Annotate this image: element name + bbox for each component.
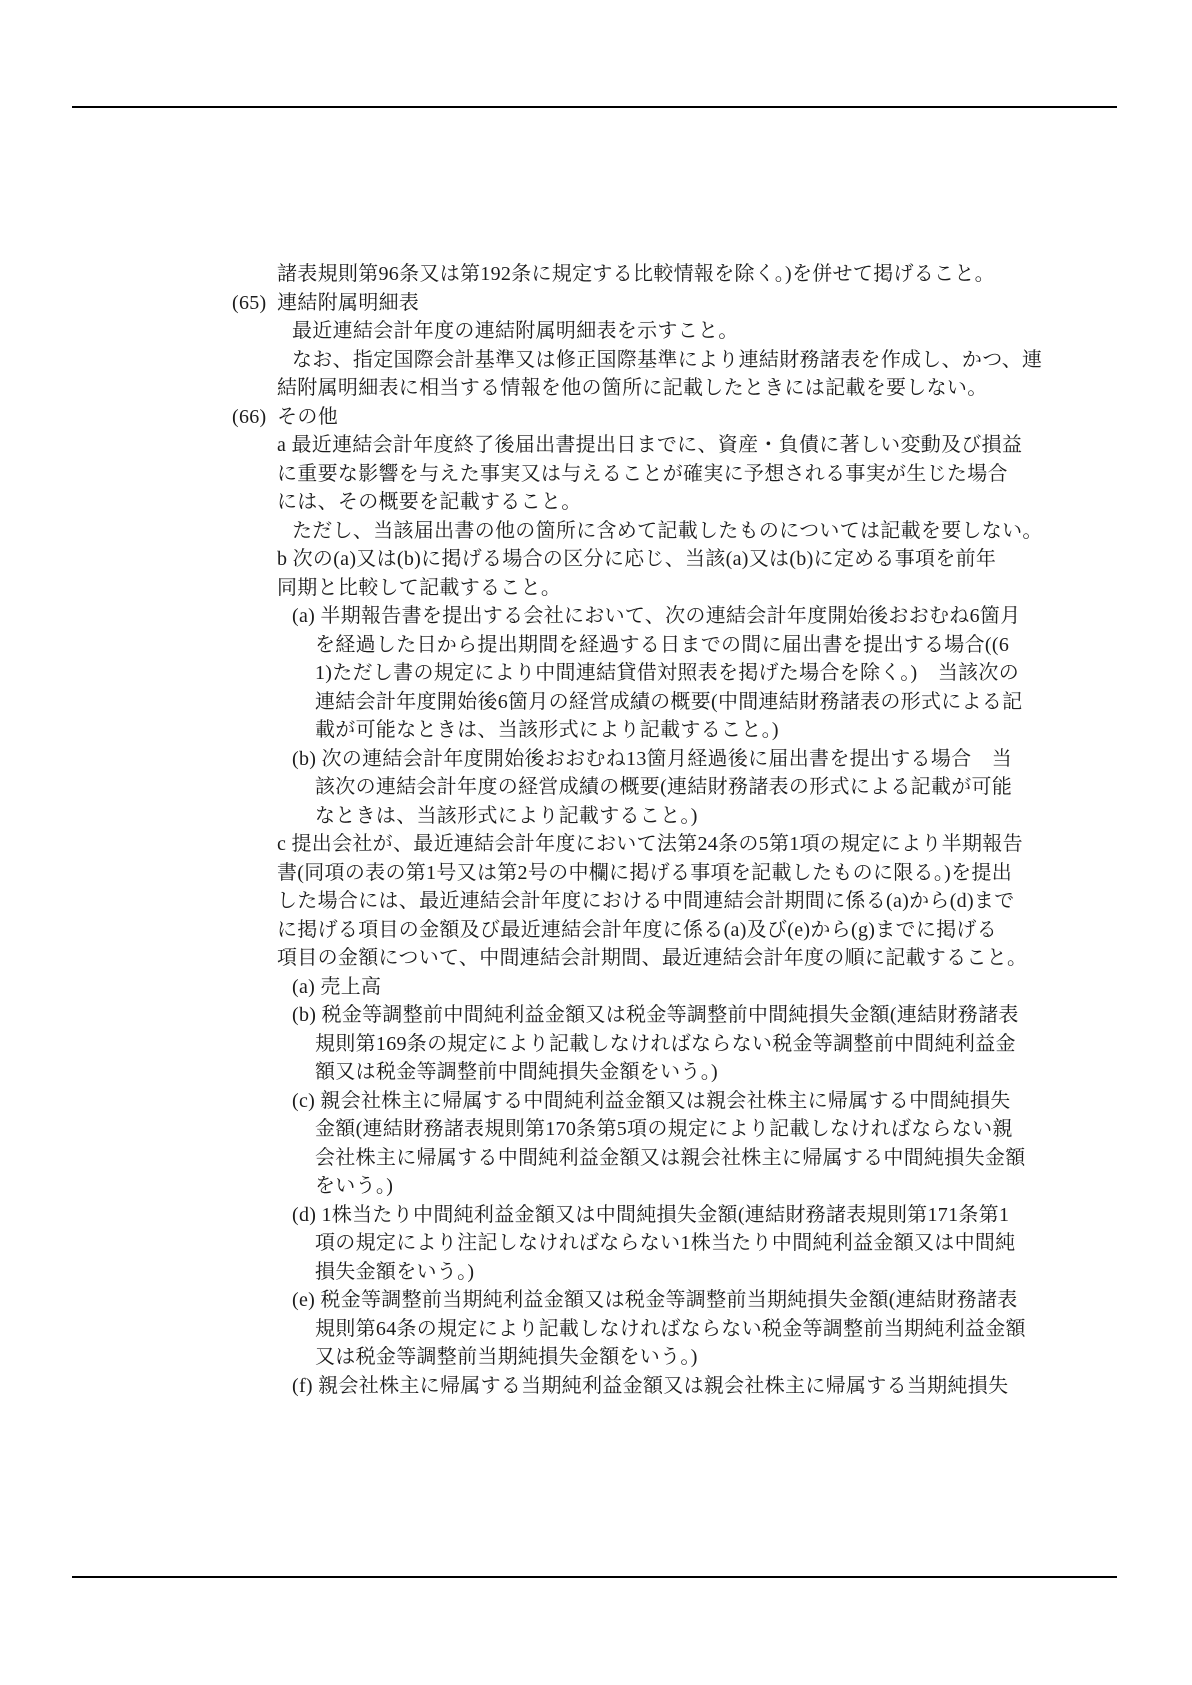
document-body: 諸表規則第96条又は第192条に規定する比較情報を除く。)を併せて掲げること。(… [232, 260, 1162, 1400]
text-line: 会社株主に帰属する中間純利益金額又は親会社株主に帰属する中間純損失金額 [232, 1144, 1162, 1173]
text-line: c 提出会社が、最近連結会計年度において法第24条の5第1項の規定により半期報告 [232, 830, 1162, 859]
text-line: なお、指定国際会計基準又は修正国際基準により連結財務諸表を作成し、かつ、連 [232, 346, 1162, 375]
text-line: 項の規定により注記しなければならない1株当たり中間純利益金額又は中間純 [232, 1229, 1162, 1258]
text-line: (d) 1株当たり中間純利益金額又は中間純損失金額(連結財務諸表規則第171条第… [232, 1201, 1162, 1230]
text-line: (65) 連結附属明細表 [232, 289, 1162, 318]
text-line: (a) 半期報告書を提出する会社において、次の連結会計年度開始後おおむね6箇月 [232, 602, 1162, 631]
text-line: なときは、当該形式により記載すること。) [232, 802, 1162, 831]
document-page: 諸表規則第96条又は第192条に規定する比較情報を除く。)を併せて掲げること。(… [0, 0, 1192, 1685]
text-line: (e) 税金等調整前当期純利益金額又は税金等調整前当期純損失金額(連結財務諸表 [232, 1286, 1162, 1315]
text-line: 諸表規則第96条又は第192条に規定する比較情報を除く。)を併せて掲げること。 [232, 260, 1162, 289]
text-line: 損失金額をいう。) [232, 1258, 1162, 1287]
text-line: 規則第169条の規定により記載しなければならない税金等調整前中間純利益金 [232, 1030, 1162, 1059]
text-line: 結附属明細表に相当する情報を他の箇所に記載したときには記載を要しない。 [232, 374, 1162, 403]
text-line: (f) 親会社株主に帰属する当期純利益金額又は親会社株主に帰属する当期純損失 [232, 1372, 1162, 1401]
text-line: 最近連結会計年度の連結附属明細表を示すこと。 [232, 317, 1162, 346]
text-line: a 最近連結会計年度終了後届出書提出日までに、資産・負債に著しい変動及び損益 [232, 431, 1162, 460]
text-line: に重要な影響を与えた事実又は与えることが確実に予想される事実が生じた場合 [232, 460, 1162, 489]
text-line: 金額(連結財務諸表規則第170条第5項の規定により記載しなければならない親 [232, 1115, 1162, 1144]
text-line: (66) その他 [232, 403, 1162, 432]
text-line: を経過した日から提出期間を経過する日までの間に届出書を提出する場合((6 [232, 631, 1162, 660]
text-line: 1)ただし書の規定により中間連結貸借対照表を掲げた場合を除く。) 当該次の [232, 659, 1162, 688]
text-line: に掲げる項目の金額及び最近連結会計年度に係る(a)及び(e)から(g)までに掲げ… [232, 916, 1162, 945]
text-line: 額又は税金等調整前中間純損失金額をいう。) [232, 1058, 1162, 1087]
top-rule [72, 106, 1117, 108]
text-line: 又は税金等調整前当期純損失金額をいう。) [232, 1343, 1162, 1372]
text-line: (c) 親会社株主に帰属する中間純利益金額又は親会社株主に帰属する中間純損失 [232, 1087, 1162, 1116]
text-line: 項目の金額について、中間連結会計期間、最近連結会計年度の順に記載すること。 [232, 944, 1162, 973]
text-line: 書(同項の表の第1号又は第2号の中欄に掲げる事項を記載したものに限る。)を提出 [232, 859, 1162, 888]
text-line: には、その概要を記載すること。 [232, 488, 1162, 517]
text-line: (a) 売上高 [232, 973, 1162, 1002]
text-line: した場合には、最近連結会計年度における中間連結会計期間に係る(a)から(d)まで [232, 887, 1162, 916]
text-line: をいう。) [232, 1172, 1162, 1201]
text-line: 規則第64条の規定により記載しなければならない税金等調整前当期純利益金額 [232, 1315, 1162, 1344]
text-line: 載が可能なときは、当該形式により記載すること。) [232, 716, 1162, 745]
text-line: ただし、当該届出書の他の箇所に含めて記載したものについては記載を要しない。 [232, 517, 1162, 546]
text-line: (b) 次の連結会計年度開始後おおむね13箇月経過後に届出書を提出する場合 当 [232, 745, 1162, 774]
text-line: (b) 税金等調整前中間純利益金額又は税金等調整前中間純損失金額(連結財務諸表 [232, 1001, 1162, 1030]
text-line: 該次の連結会計年度の経営成績の概要(連結財務諸表の形式による記載が可能 [232, 773, 1162, 802]
text-line: 同期と比較して記載すること。 [232, 574, 1162, 603]
text-line: b 次の(a)又は(b)に掲げる場合の区分に応じ、当該(a)又は(b)に定める事… [232, 545, 1162, 574]
text-line: 連結会計年度開始後6箇月の経営成績の概要(中間連結財務諸表の形式による記 [232, 688, 1162, 717]
bottom-rule [72, 1576, 1117, 1578]
